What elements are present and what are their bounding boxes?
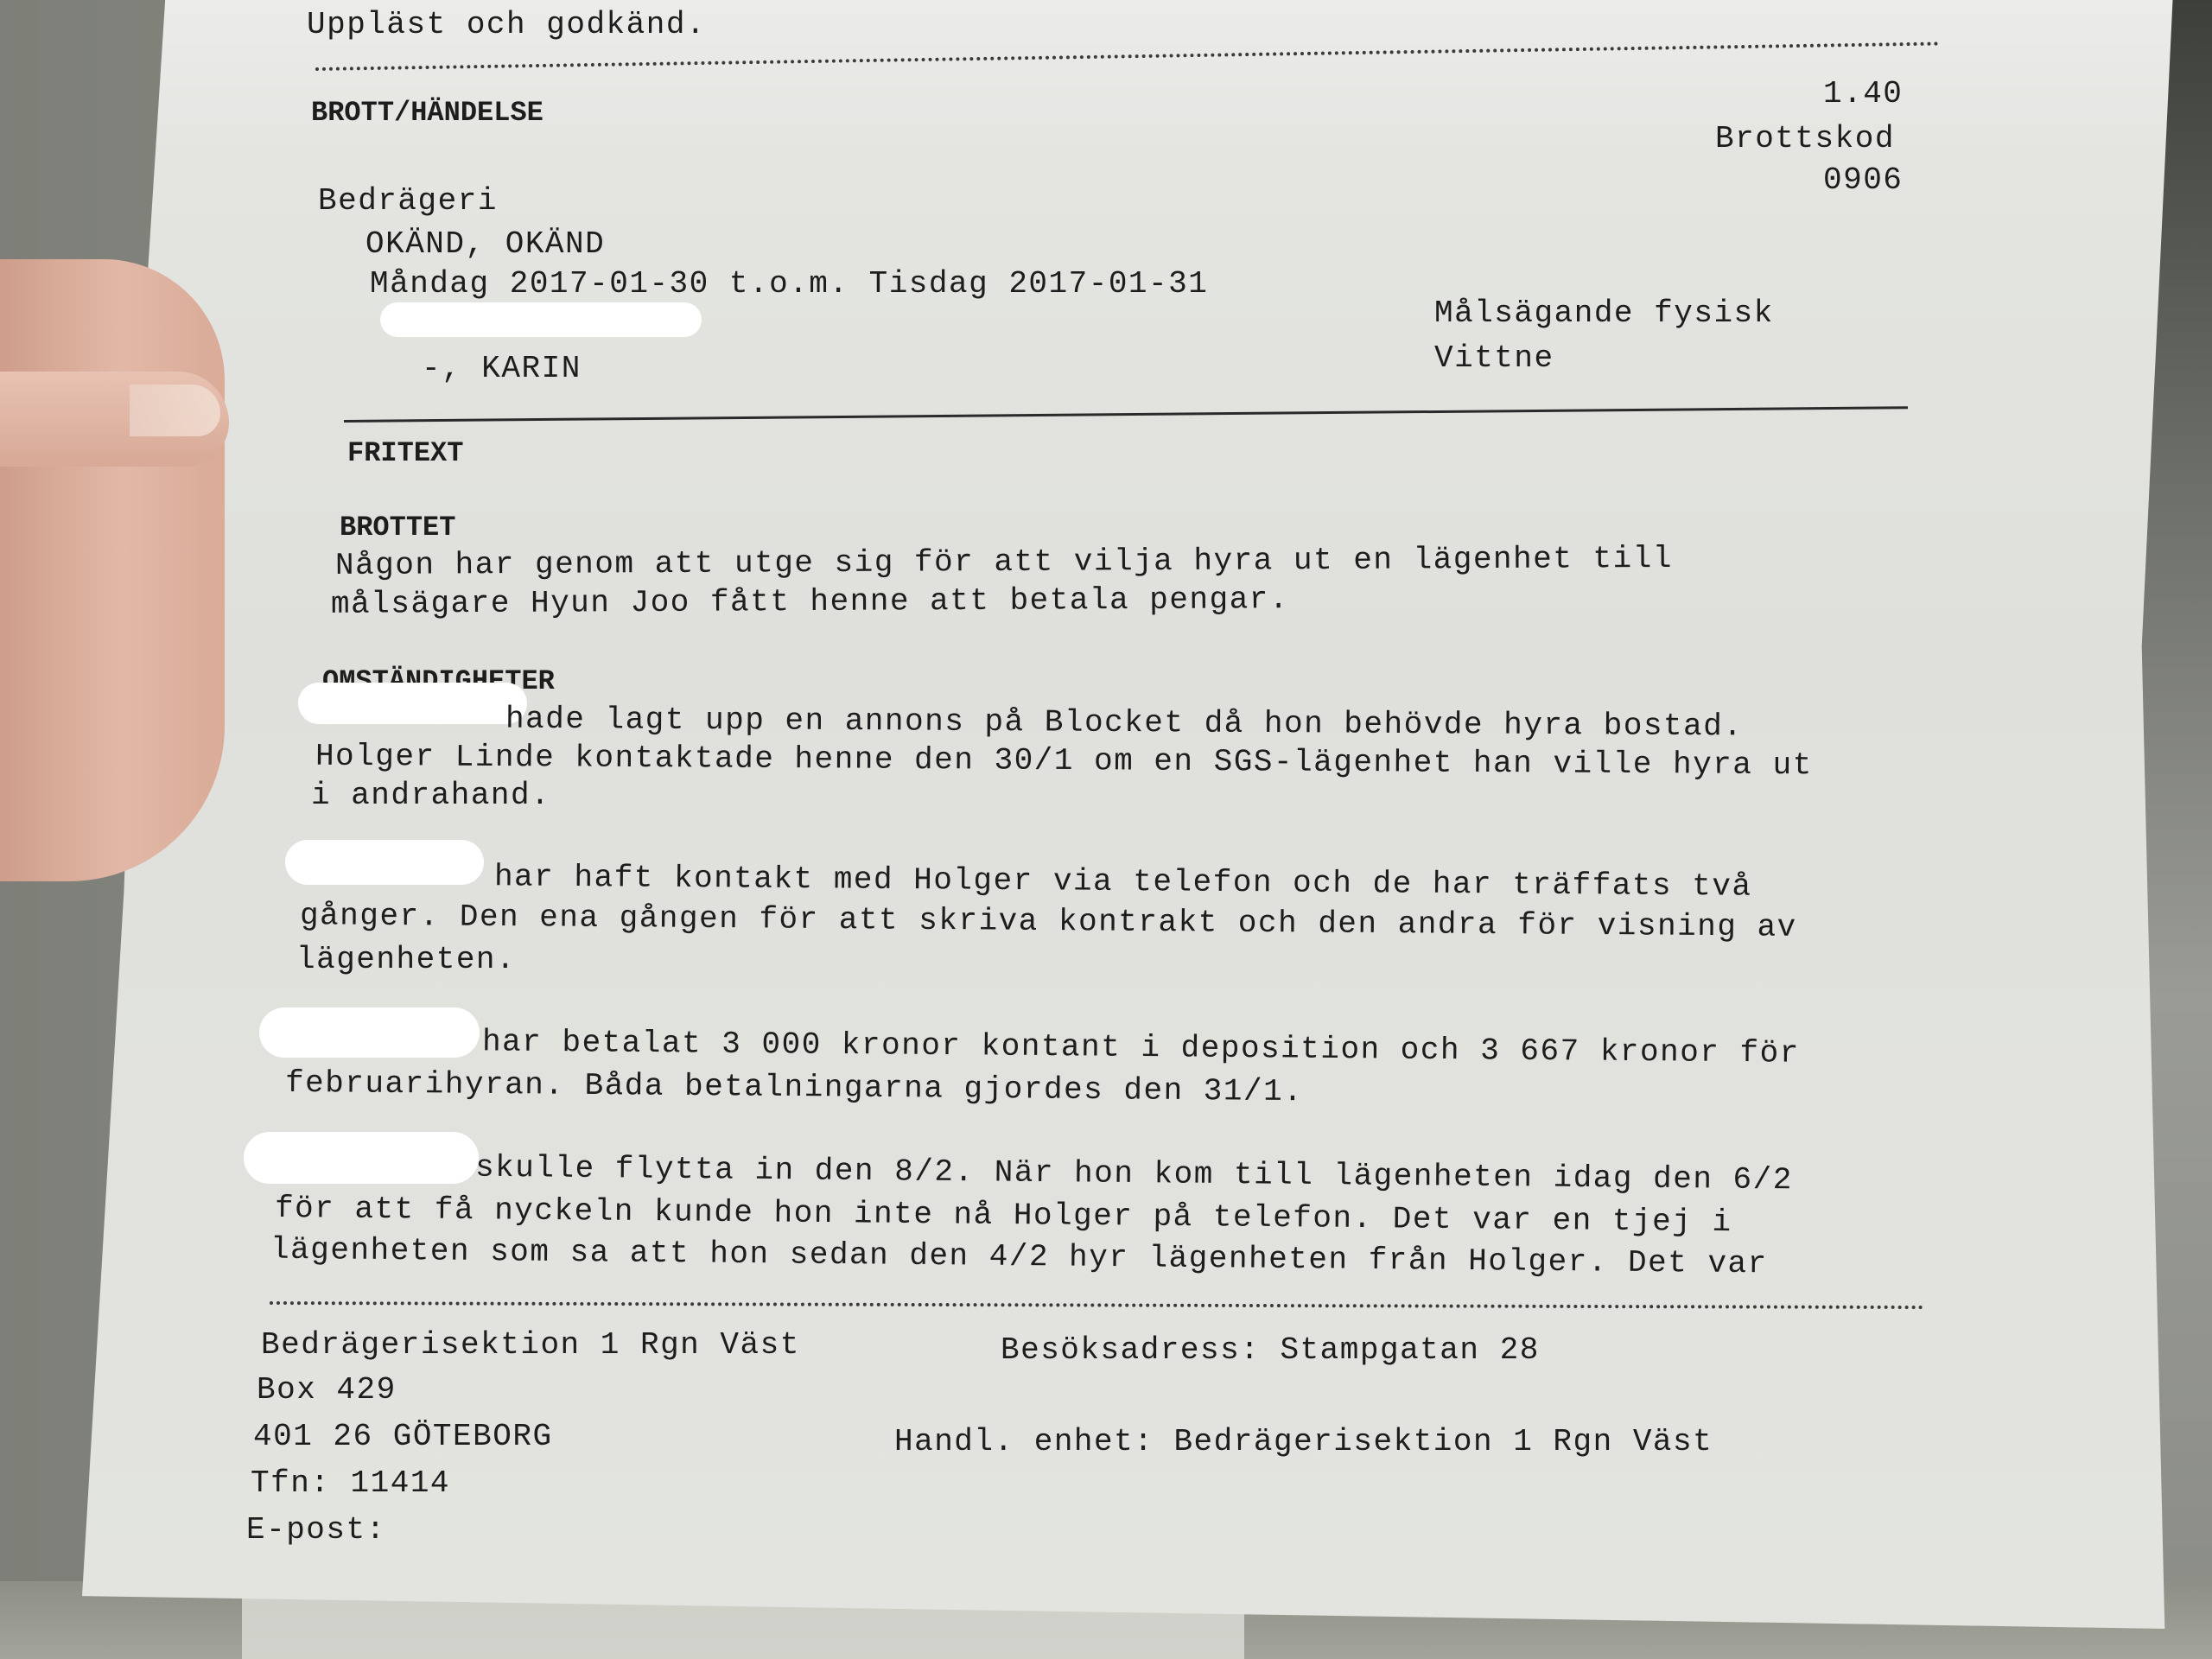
footer-email: E-post: bbox=[246, 1512, 386, 1548]
redaction-mark bbox=[380, 302, 702, 337]
redaction-mark bbox=[259, 1007, 480, 1058]
police-report-page: Uppläst och godkänd. BROTT/HÄNDELSE 1.40… bbox=[0, 0, 2212, 1659]
section-heading-brottet: BROTTET bbox=[340, 512, 455, 543]
brottet-line-1: Någon har genom att utge sig för att vil… bbox=[335, 541, 1673, 583]
dotted-separator-top bbox=[315, 41, 1940, 71]
crime-period: Måndag 2017-01-30 t.o.m. Tisdag 2017-01-… bbox=[370, 266, 1208, 302]
section-heading-fritext: FRITEXT bbox=[347, 437, 463, 469]
paragraph-4-line-3: lägenheten som sa att hon sedan den 4/2 … bbox=[270, 1232, 1768, 1282]
paragraph-2-line-2: gånger. Den ena gången för att skriva ko… bbox=[300, 898, 1797, 945]
role-plaintiff: Målsägande fysisk bbox=[1434, 296, 1774, 331]
dotted-separator-bottom bbox=[270, 1301, 1924, 1309]
hand bbox=[0, 259, 225, 881]
footer-box: Box 429 bbox=[257, 1372, 397, 1408]
thumbnail bbox=[130, 385, 220, 436]
paragraph-3-line-1: har betalat 3 000 kronor kontant i depos… bbox=[482, 1024, 1800, 1071]
brottskod-label: Brottskod bbox=[1715, 121, 1895, 156]
section-heading-brott-handelse: BROTT/HÄNDELSE bbox=[311, 97, 543, 129]
paragraph-3-line-2: februarihyran. Båda betalningarna gjorde… bbox=[285, 1065, 1304, 1109]
redaction-mark bbox=[244, 1132, 479, 1184]
paragraph-1-line-2: Holger Linde kontaktade henne den 30/1 o… bbox=[315, 739, 1813, 784]
party-name: -, KARIN bbox=[422, 351, 582, 386]
footer-visit-address: Besöksadress: Stampgatan 28 bbox=[1001, 1332, 1540, 1368]
suspect-name: OKÄND, OKÄND bbox=[365, 226, 605, 262]
paragraph-4-line-1: skulle flytta in den 8/2. När hon kom ti… bbox=[475, 1150, 1793, 1198]
brottskod-value: 0906 bbox=[1823, 162, 1903, 198]
role-witness: Vittne bbox=[1434, 340, 1554, 376]
read-approved-line: Uppläst och godkänd. bbox=[307, 7, 706, 42]
crime-type: Bedrägeri bbox=[318, 183, 498, 219]
version-number: 1.40 bbox=[1823, 76, 1903, 111]
solid-separator bbox=[344, 406, 1908, 423]
redaction-mark bbox=[298, 683, 527, 724]
redaction-mark bbox=[285, 840, 484, 885]
footer-postal: 401 26 GÖTEBORG bbox=[253, 1419, 553, 1454]
footer-unit: Bedrägerisektion 1 Rgn Väst bbox=[261, 1327, 800, 1363]
paragraph-2-line-3: lägenheten. bbox=[296, 942, 516, 977]
footer-phone: Tfn: 11414 bbox=[251, 1465, 450, 1501]
paragraph-1-line-1: hade lagt upp en annons på Blocket då ho… bbox=[505, 702, 1744, 745]
brottet-line-2: målsägare Hyun Joo fått henne att betala… bbox=[331, 582, 1289, 622]
paragraph-2-line-1: har haft kontakt med Holger via telefon … bbox=[494, 859, 1752, 904]
paragraph-1-line-3: i andrahand. bbox=[311, 778, 550, 813]
paragraph-4-line-2: för att få nyckeln kunde hon inte nå Hol… bbox=[275, 1191, 1732, 1240]
footer-handling-unit: Handl. enhet: Bedrägerisektion 1 Rgn Väs… bbox=[894, 1424, 1713, 1459]
